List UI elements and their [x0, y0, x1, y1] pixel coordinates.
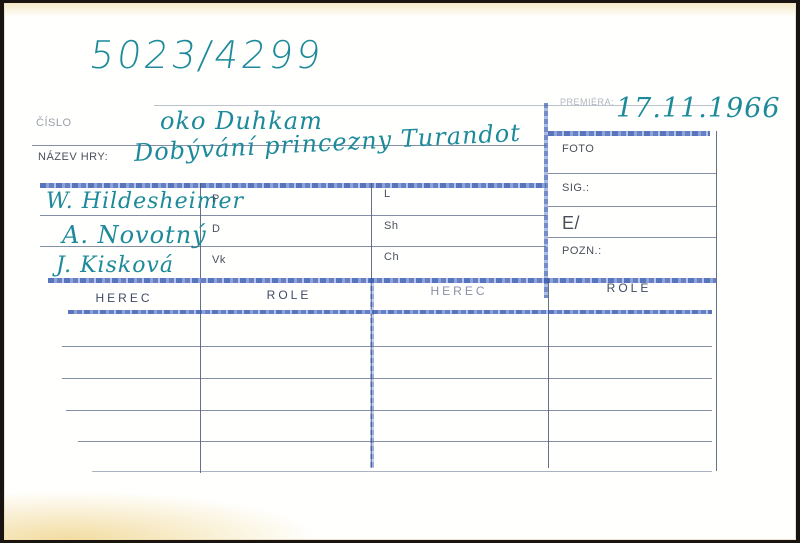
cast-table-bottom: [92, 471, 712, 472]
e-label: E/: [562, 213, 580, 234]
creators-top-border: [40, 183, 546, 188]
code-d: D: [212, 223, 220, 235]
premiera-label: PREMIÉRA:: [560, 97, 614, 107]
cislo-label: ČÍSLO: [36, 117, 72, 129]
archive-number: 5023/4299: [87, 33, 326, 77]
archive-card: 5023/4299 ČÍSLO oko Duhkam PREMIÉRA: 17.…: [4, 3, 796, 540]
paper-stain-top: [4, 3, 796, 17]
cast-row-line: [62, 378, 712, 379]
col-divider: [548, 278, 549, 468]
cast-row-line: [66, 410, 712, 411]
premiera-value: 17.11.1966: [616, 93, 781, 124]
header-herec-1: HEREC: [64, 291, 184, 305]
center-divider: [370, 278, 374, 468]
code-sh: Sh: [384, 220, 398, 232]
header-role-2: ROLE: [564, 281, 694, 295]
pozn-label: POZN.:: [562, 245, 602, 257]
code-vk: Vk: [212, 254, 226, 266]
row-divider: [548, 173, 716, 174]
creator-3: J. Kisková: [56, 253, 174, 278]
header-role-1: ROLE: [224, 288, 354, 302]
header-herec-2: HEREC: [394, 284, 524, 298]
creator-2: A. Novotný: [62, 221, 207, 249]
row-divider: [40, 215, 546, 216]
cast-row-line: [62, 346, 712, 347]
foto-label: FOTO: [562, 143, 594, 155]
cast-header-bottom: [68, 310, 712, 314]
cast-row-line: [78, 441, 712, 442]
nazev-label: NÁZEV HRY:: [38, 151, 108, 163]
code-ch: Ch: [384, 251, 399, 263]
right-box-top: [548, 131, 710, 136]
right-edge: [716, 131, 717, 471]
row-divider: [40, 246, 546, 247]
code-l: L: [384, 188, 391, 200]
code-p: P: [212, 193, 220, 205]
sig-label: SIG.:: [562, 182, 590, 194]
row-divider: [548, 206, 716, 207]
row-divider: [548, 237, 716, 238]
paper-stain-bottom: [4, 490, 324, 540]
